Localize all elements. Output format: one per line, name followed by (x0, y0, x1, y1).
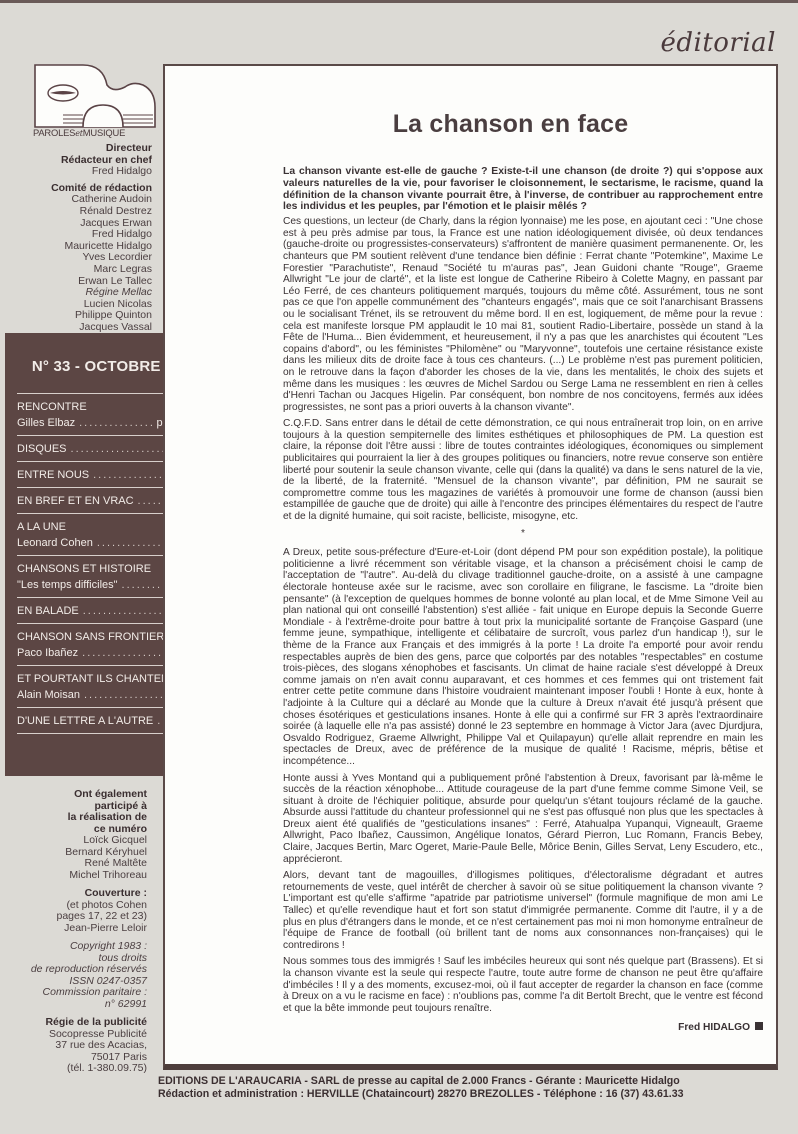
dot-leader (93, 467, 173, 483)
credit-name: de reproduction réservés (0, 964, 147, 976)
article-paragraph: A Dreux, petite sous-préfecture d'Eure-e… (283, 547, 763, 767)
credit-name: Rénald Destrez (0, 206, 152, 218)
footer-line-2: Rédaction et administration : HERVILLE (… (158, 1088, 778, 1101)
section-kicker: éditorial (660, 28, 776, 58)
credit-name: n° 62991 (0, 999, 147, 1011)
credit-name: René Maltête (0, 858, 147, 870)
end-mark-icon (755, 1022, 763, 1030)
credit-heading: Couverture : (0, 888, 147, 900)
article-paragraph: Honte aussi à Yves Montand qui a publiqu… (283, 773, 763, 866)
credit-name: 37 rue des Acacias, (0, 1040, 147, 1052)
logo-wordmark: PAROLESetMUSIQUE (33, 127, 158, 138)
editorial-frame: La chanson en face La chanson vivante es… (163, 64, 778, 1070)
publisher-footer: EDITIONS DE L'ARAUCARIA - SARL de presse… (158, 1075, 778, 1101)
credit-name: Copyright 1983 : (0, 941, 147, 953)
credit-name: Marc Legras (0, 264, 152, 276)
section-separator: * (283, 528, 763, 540)
logo-lips-guitar-icon (33, 63, 158, 129)
toc-item: Alain Moisan (17, 687, 80, 703)
credit-name: Commission paritaire : (0, 987, 147, 999)
toc-item: EN BREF ET EN VRAC (17, 493, 134, 509)
credit-name: Fred Hidalgo (0, 166, 152, 178)
toc-item: ENTRE NOUS (17, 467, 89, 483)
toc-item: EN BALADE (17, 603, 79, 619)
credit-heading: Ont également (0, 789, 147, 801)
credit-name: pages 17, 22 et 23) (0, 911, 147, 923)
article-paragraph: C.Q.F.D. Sans entrer dans le détail de c… (283, 418, 763, 522)
footer-line-1: EDITIONS DE L'ARAUCARIA - SARL de presse… (158, 1075, 778, 1088)
credit-name: Régine Mellac (0, 287, 152, 299)
article-paragraph: Ces questions, un lecteur (de Charly, da… (283, 216, 763, 413)
toc-item: Paco Ibañez (17, 645, 78, 661)
credit-name: Fred Hidalgo (0, 229, 152, 241)
article-body: La chanson vivante est-elle de gauche ? … (283, 166, 763, 1034)
dot-leader (97, 535, 173, 551)
credit-heading: Régie de la publicité (0, 1017, 147, 1029)
masthead: DirecteurRédacteur en chefFred HidalgoCo… (0, 143, 152, 357)
toc-item: Gilles Elbaz (17, 415, 75, 431)
credit-name: Jacques Vassal (0, 322, 152, 334)
magazine-logo: PAROLESetMUSIQUE (33, 63, 158, 141)
dot-leader (79, 415, 152, 431)
article-title: La chanson en face (165, 110, 776, 139)
credit-name: Michel Trihoreau (0, 870, 147, 882)
signature: Fred HIDALGO (283, 1022, 763, 1034)
author-name: Fred HIDALGO (678, 1022, 750, 1033)
article-lead: La chanson vivante est-elle de gauche ? … (283, 166, 763, 213)
credit-name: (tél. 1-380.09.75) (0, 1063, 147, 1075)
article-paragraph: Nous sommes tous des immigrés ! Sauf les… (283, 956, 763, 1014)
dot-leader (82, 645, 173, 661)
toc-item: "Les temps difficiles" (17, 577, 118, 593)
toc-item: D'UNE LETTRE A L'AUTRE (17, 713, 153, 729)
credits-block: Ont égalementparticipé àla réalisation d… (0, 789, 147, 1075)
toc-item: DISQUES (17, 441, 67, 457)
article-paragraph: Alors, devant tant de magouilles, d'illo… (283, 870, 763, 951)
toc-item: Leonard Cohen (17, 535, 93, 551)
credit-name: Jean-Pierre Leloir (0, 923, 147, 935)
credit-heading: Directeur (0, 143, 152, 155)
credit-heading: la réalisation de (0, 812, 147, 824)
credit-name: Loïck Gicquel (0, 835, 147, 847)
top-rule (0, 0, 798, 3)
